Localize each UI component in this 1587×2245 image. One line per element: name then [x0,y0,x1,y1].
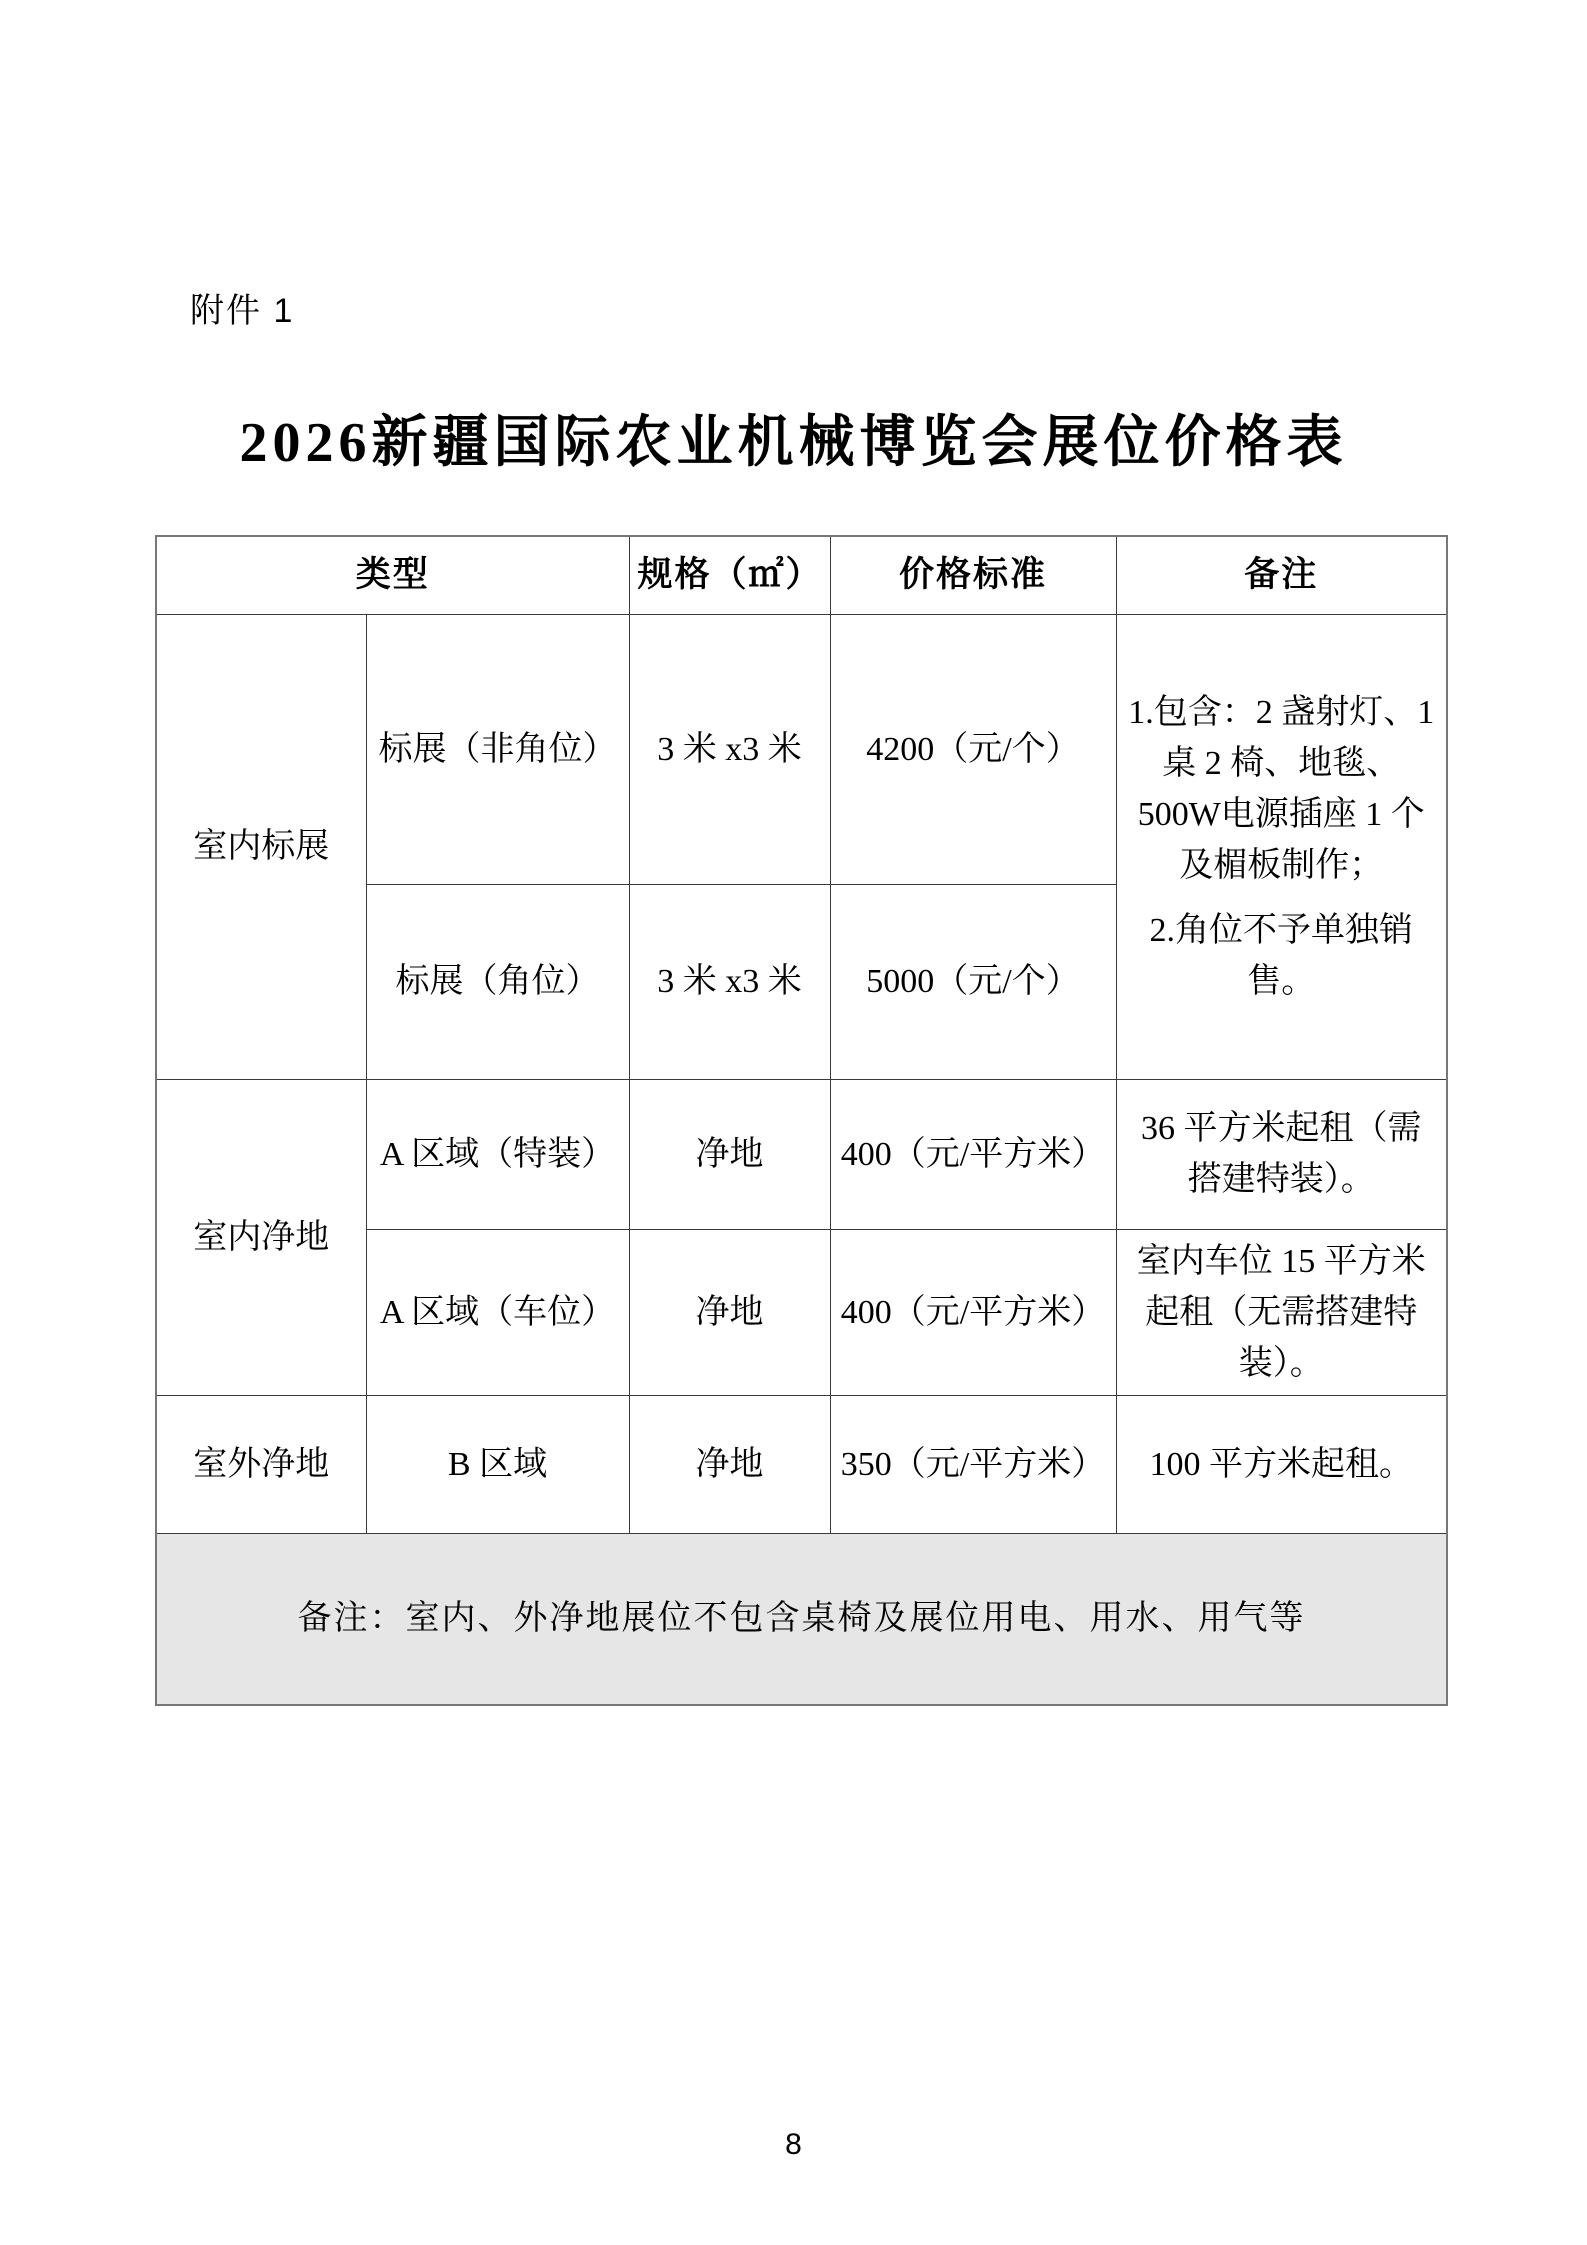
remark-item-2: 2.角位不予单独销售。 [1125,905,1439,1007]
header-cell-price: 价格标准 [830,536,1116,614]
remark-cell-a-parking: 室内车位 15 平方米起租（无需搭建特装）。 [1116,1229,1447,1395]
type-cell-a-special: A 区域（特装） [366,1079,629,1229]
type-cell-corner: 标展（角位） [366,884,629,1079]
group-cell-indoor-standard: 室内标展 [156,614,366,1079]
spec-cell-noncorner: 3 米 x3 米 [629,614,830,884]
price-cell-b-zone: 350（元/平方米） [830,1395,1116,1533]
table-row: 室内净地 A 区域（特装） 净地 400（元/平方米） 36 平方米起租（需搭建… [156,1079,1447,1229]
spec-cell-a-parking: 净地 [629,1229,830,1395]
type-cell-b-zone: B 区域 [366,1395,629,1533]
price-cell-a-special: 400（元/平方米） [830,1079,1116,1229]
type-cell-noncorner: 标展（非角位） [366,614,629,884]
table-row: 室内标展 标展（非角位） 3 米 x3 米 4200（元/个） 1.包含：2 盏… [156,614,1447,884]
remark-cell-a-special: 36 平方米起租（需搭建特装）。 [1116,1079,1447,1229]
table-header-row: 类型 规格（㎡） 价格标准 备注 [156,536,1447,614]
remark-cell-indoor-standard: 1.包含：2 盏射灯、1 桌 2 椅、地毯、500W电源插座 1 个及楣板制作；… [1116,614,1447,1079]
table-footnote-row: 备注：室内、外净地展位不包含桌椅及展位用电、用水、用气等 [156,1533,1447,1705]
header-cell-remark: 备注 [1116,536,1447,614]
document-page: 附件 1 2026新疆国际农业机械博览会展位价格表 类型 规格（㎡） 价格标准 … [0,0,1587,2245]
price-cell-noncorner: 4200（元/个） [830,614,1116,884]
spec-cell-corner: 3 米 x3 米 [629,884,830,1079]
page-title: 2026新疆国际农业机械博览会展位价格表 [0,398,1587,478]
header-cell-spec: 规格（㎡） [629,536,830,614]
table-row: 室外净地 B 区域 净地 350（元/平方米） 100 平方米起租。 [156,1395,1447,1533]
type-cell-a-parking: A 区域（车位） [366,1229,629,1395]
price-cell-corner: 5000（元/个） [830,884,1116,1079]
spec-cell-a-special: 净地 [629,1079,830,1229]
group-cell-indoor-space: 室内净地 [156,1079,366,1395]
price-cell-a-parking: 400（元/平方米） [830,1229,1116,1395]
page-number: 8 [0,2128,1587,2162]
remark-item-1: 1.包含：2 盏射灯、1 桌 2 椅、地毯、500W电源插座 1 个及楣板制作； [1125,687,1439,891]
booth-price-table: 类型 规格（㎡） 价格标准 备注 室内标展 标展（非角位） 3 米 x3 米 4… [155,535,1448,1706]
remark-cell-b-zone: 100 平方米起租。 [1116,1395,1447,1533]
attachment-label: 附件 1 [190,283,294,332]
table-footnote: 备注：室内、外净地展位不包含桌椅及展位用电、用水、用气等 [156,1533,1447,1705]
header-cell-type: 类型 [156,536,629,614]
spec-cell-b-zone: 净地 [629,1395,830,1533]
group-cell-outdoor: 室外净地 [156,1395,366,1533]
